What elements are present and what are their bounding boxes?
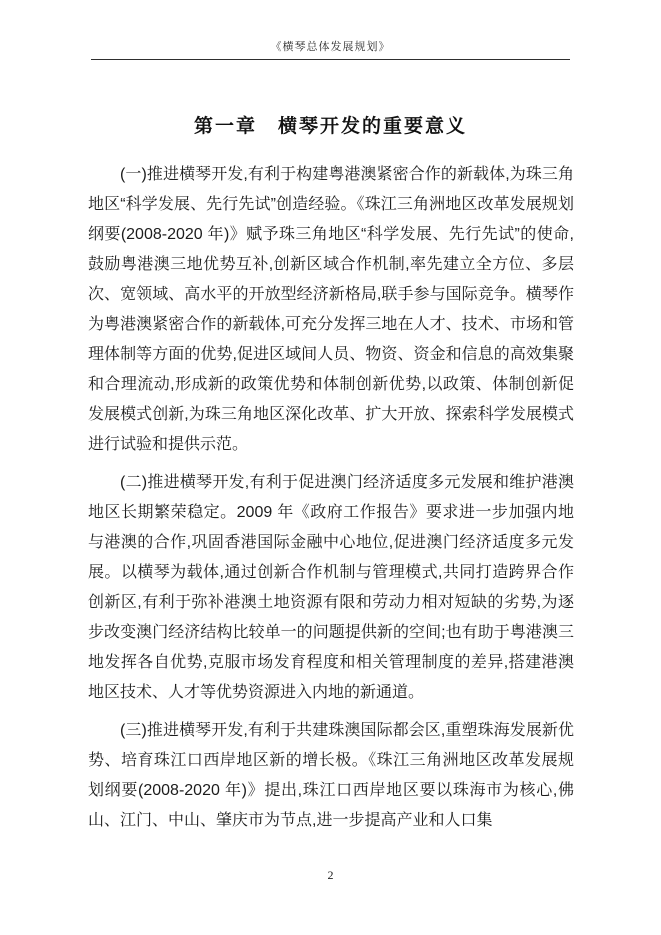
body-paragraph-3: (三)推进横琴开发,有利于共建珠澳国际都会区,重塑珠海发展新优势、培育珠江口西岸… [88,716,574,836]
body-paragraph-1: (一)推进横琴开发,有利于构建粤港澳紧密合作的新载体,为珠三角地区“科学发展、先… [88,160,574,460]
body-text: (一)推进横琴开发,有利于构建粤港澳紧密合作的新载体,为珠三角地区“科学发展、先… [88,160,574,844]
header-divider [91,59,570,60]
page-number-footer: 2 [0,868,661,883]
document-page: 《横琴总体发展规划》 第一章 横琴开发的重要意义 (一)推进横琴开发,有利于构建… [0,0,661,935]
chapter-title: 第一章 横琴开发的重要意义 [0,111,661,138]
body-paragraph-2: (二)推进横琴开发,有利于促进澳门经济适度多元发展和维护港澳地区长期繁荣稳定。2… [88,468,574,708]
running-header: 《横琴总体发展规划》 [0,38,661,54]
